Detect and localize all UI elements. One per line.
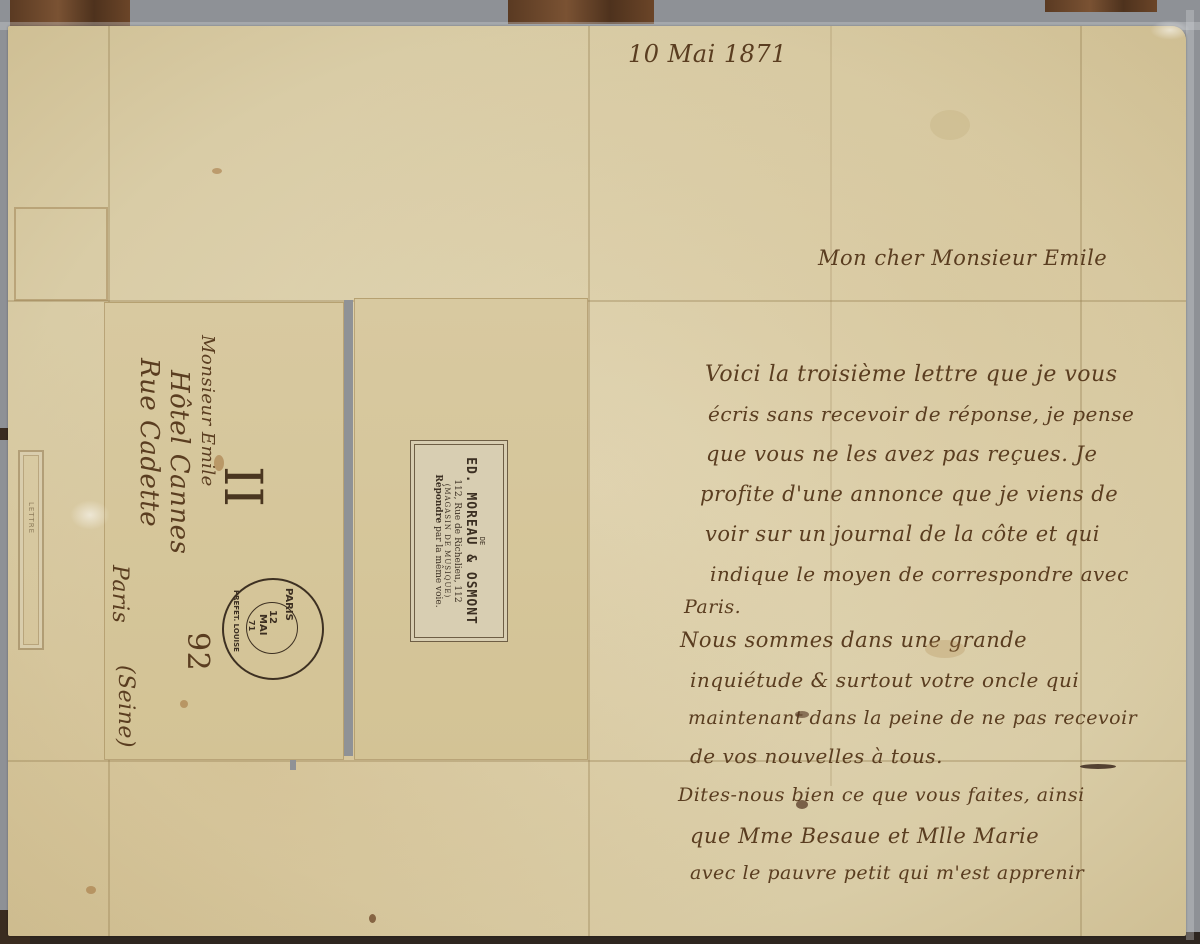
letter-line: écris sans recevoir de réponse, je pense bbox=[708, 402, 1134, 426]
postmark-day: 12 bbox=[267, 610, 278, 624]
letter-line: voir sur un journal de la côte et qui bbox=[705, 522, 1100, 546]
label-address: 112, Rue de Richelieu, 112 bbox=[451, 443, 462, 639]
frame-wood-center bbox=[508, 0, 654, 24]
address-line-5: (Seine) bbox=[113, 665, 138, 748]
postmark-year: 71 bbox=[247, 620, 256, 631]
fold-line bbox=[8, 760, 1186, 762]
margin-label: LETTRE bbox=[18, 450, 44, 650]
label-prefix: DE bbox=[478, 443, 486, 639]
letter-line: que Mme Besaue et Mlle Marie bbox=[690, 824, 1039, 848]
letter-line: que vous ne les avez pas reçues. Je bbox=[706, 442, 1097, 466]
label-shop-type: (MAGASIN DE MUSIQUE) bbox=[443, 443, 451, 639]
margin-label-text: LETTRE bbox=[27, 502, 35, 534]
letter-line: Voici la troisième lettre que je vous bbox=[705, 362, 1118, 387]
letter-line: profite d'une annonce que je viens de bbox=[700, 482, 1118, 506]
letter-line: inquiétude & surtout votre oncle qui bbox=[690, 668, 1079, 692]
letter-line: Nous sommes dans une grande bbox=[680, 628, 1027, 652]
postmark-stamp: PARIS PREFET. LOUISE 12 MAI 71 bbox=[222, 578, 324, 680]
glass-edge-right bbox=[1186, 10, 1194, 940]
water-stain bbox=[925, 640, 965, 658]
rate-mark: II bbox=[212, 466, 272, 507]
label-company: ED. MOREAU & OSMONT bbox=[462, 443, 478, 639]
fold-gap bbox=[344, 300, 353, 756]
foxing-stain bbox=[369, 914, 376, 923]
letter-line: Paris. bbox=[684, 596, 741, 618]
postmark-city: PARIS bbox=[283, 588, 294, 621]
glass-glare bbox=[1150, 20, 1190, 40]
glass-glare bbox=[70, 500, 110, 530]
letter-line: de vos nouvelles à tous. bbox=[690, 744, 943, 768]
letter-date: 10 Mai 1871 bbox=[628, 40, 787, 68]
address-line-2: Hôtel Cannes bbox=[164, 370, 194, 554]
letter-salutation: Mon cher Monsieur Emile bbox=[818, 246, 1107, 270]
ink-stain bbox=[795, 711, 809, 718]
water-stain bbox=[930, 110, 970, 140]
postmark-month: MAI bbox=[257, 614, 268, 635]
merchant-label-text: DE ED. MOREAU & OSMONT 112, Rue de Riche… bbox=[432, 443, 486, 639]
address-house-number: 92 bbox=[180, 632, 215, 671]
address-line-4: Paris bbox=[107, 565, 132, 623]
letter-line: avec le pauvre petit qui m'est apprenir bbox=[690, 862, 1084, 884]
label-reply-note: Répondre par la même voie. bbox=[432, 443, 443, 639]
address-line-3: Rue Cadette bbox=[134, 358, 164, 527]
letter-line: maintenant dans la peine de ne pas recev… bbox=[688, 707, 1137, 729]
foxing-stain bbox=[212, 168, 222, 174]
postmark-office: PREFET. LOUISE bbox=[232, 590, 240, 652]
frame-wood-right bbox=[1045, 0, 1157, 12]
letter-line: indique le moyen de correspondre avec bbox=[710, 562, 1129, 586]
flap-outline bbox=[14, 207, 108, 301]
letter-line: Dites-nous bien ce que vous faites, ains… bbox=[678, 784, 1085, 806]
foxing-stain bbox=[214, 455, 224, 471]
fold-gap-small bbox=[290, 760, 296, 770]
foxing-stain bbox=[86, 886, 96, 894]
fold-line bbox=[588, 26, 590, 936]
foxing-stain bbox=[180, 700, 188, 708]
merchant-label: DE ED. MOREAU & OSMONT 112, Rue de Riche… bbox=[410, 440, 508, 642]
ink-stain bbox=[1080, 764, 1116, 769]
ink-stain bbox=[796, 800, 808, 809]
